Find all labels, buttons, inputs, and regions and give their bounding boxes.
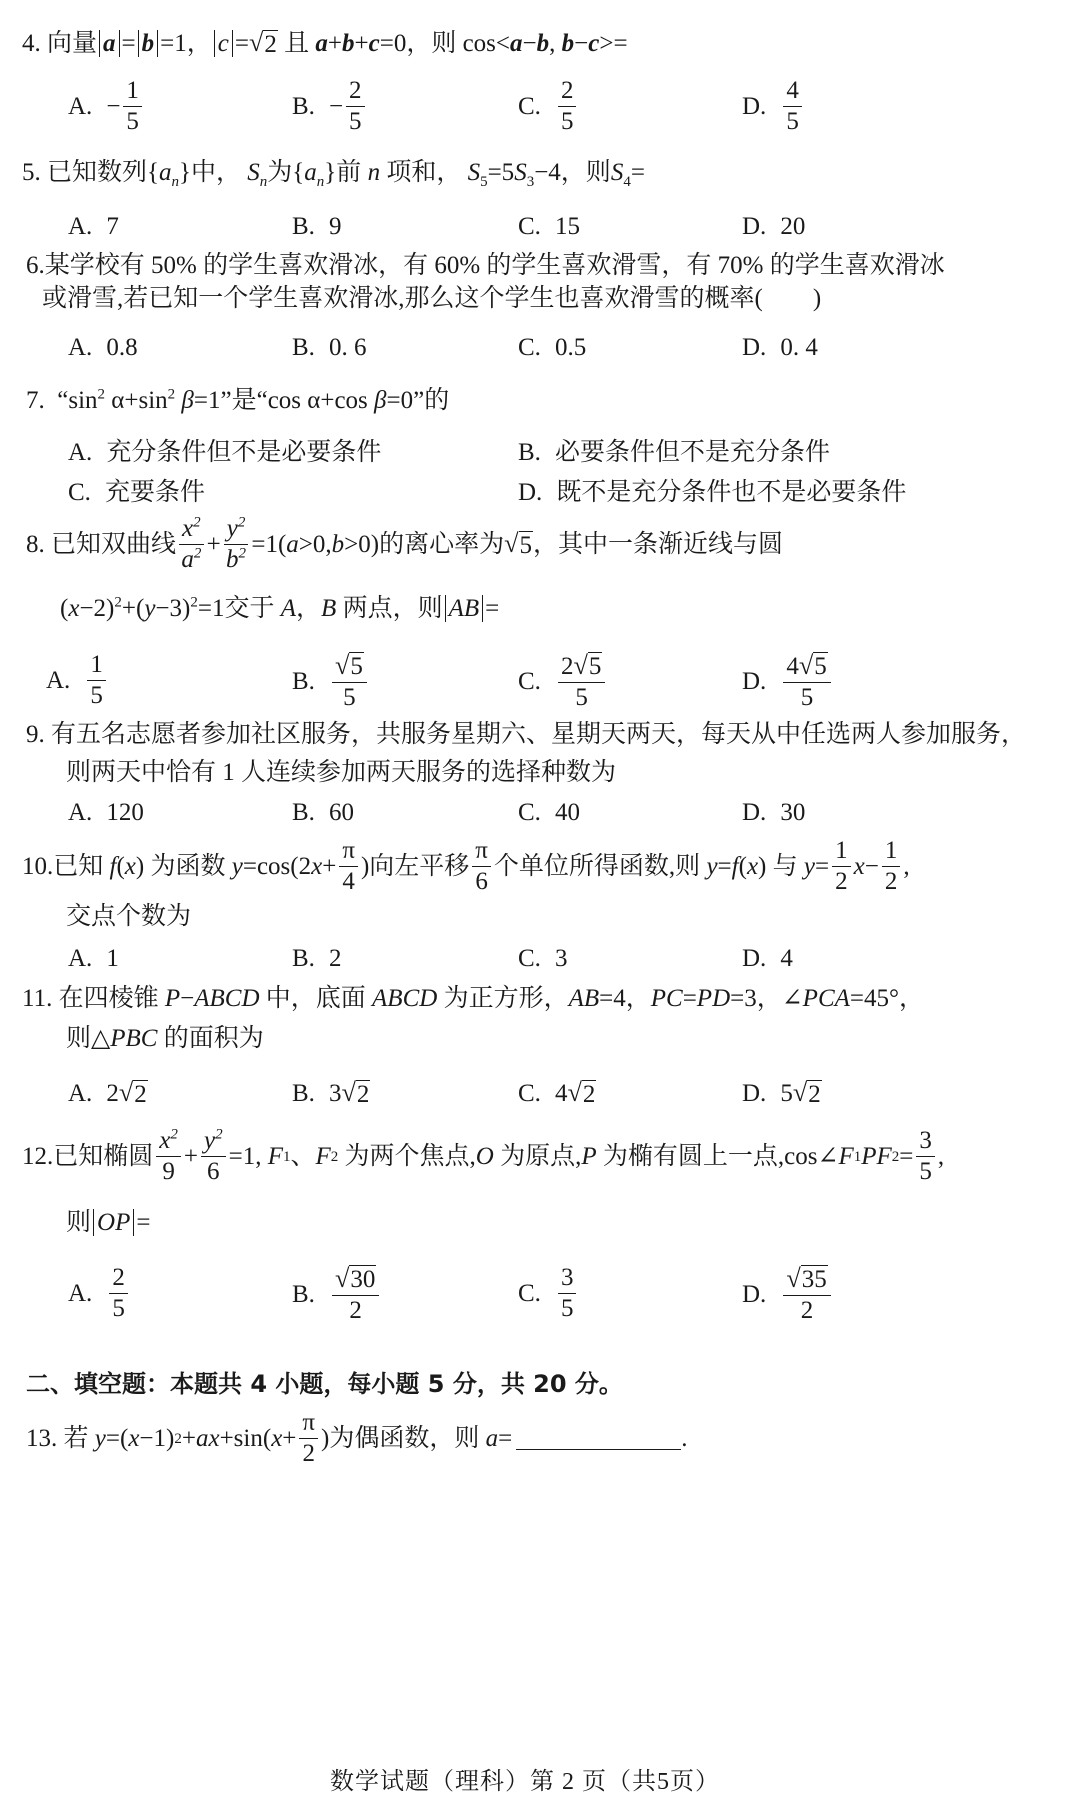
question-5-option-a[interactable]: A.7 [68, 214, 119, 239]
question-9-stem-line1: 9. 有五名志愿者参加社区服务，共服务星期六、星期天两天，每天从中任选两人参加服… [26, 722, 1026, 747]
question-6-option-b[interactable]: B.0. 6 [292, 335, 366, 360]
question-10-stem-line2: 交点个数为 [66, 904, 191, 929]
question-7-option-a[interactable]: A.充分条件但不是必要条件 [68, 440, 381, 465]
question-11-stem-line1: 11. 在四棱锥 P−ABCD 中，底面 ABCD 为正方形，AB=4，PC=P… [22, 986, 924, 1011]
question-8-stem-line2: (x−2)2+(y−3)2=1交于 A，B 两点，则AB= [60, 596, 499, 621]
question-12-stem-line2: 则OP= [66, 1210, 150, 1235]
question-5-option-d[interactable]: D.20 [742, 214, 805, 239]
question-9-option-a[interactable]: A.120 [68, 800, 144, 825]
question-4-option-d[interactable]: D.45 [742, 78, 805, 136]
question-4-option-b[interactable]: B.−25 [292, 78, 368, 136]
question-4-option-c[interactable]: C.25 [518, 78, 579, 136]
question-9-option-c[interactable]: C.40 [518, 800, 580, 825]
question-7-stem: 7. “sin2 α+sin2 β=1”是“cos α+cos β=0”的 [26, 388, 449, 413]
question-8-option-b[interactable]: B.√55 [292, 652, 370, 712]
question-10-option-b[interactable]: B.2 [292, 946, 341, 971]
question-7-option-c[interactable]: C.充要条件 [68, 480, 205, 505]
question-11-option-c[interactable]: C.4√2 [518, 1080, 596, 1107]
question-4-stem: 4. 向量a=b=1，c=√2 且 a+b+c=0，则 cos<a−b, b−c… [22, 30, 628, 57]
question-7-option-d[interactable]: D.既不是充分条件也不是必要条件 [518, 480, 906, 505]
question-12-option-a[interactable]: A.25 [68, 1265, 131, 1323]
question-11-stem-line2: 则△PBC 的面积为 [66, 1026, 264, 1051]
question-10-option-c[interactable]: C.3 [518, 946, 567, 971]
question-11-option-a[interactable]: A.2√2 [68, 1080, 148, 1107]
question-5-stem: 5. 已知数列{an}中， Sn为{an}前 n 项和， S5=5S3−4，则S… [22, 160, 645, 185]
question-9-option-b[interactable]: B.60 [292, 800, 354, 825]
question-12-option-c[interactable]: C.35 [518, 1265, 579, 1323]
page-footer: 数学试题（理科）第 2 页（共5页） [330, 1770, 720, 1794]
question-13-stem: 13. 若 y=(x−1)2+ax+sin(x+π2)为偶函数，则 a=. [26, 1410, 687, 1468]
question-8-option-c[interactable]: C.2√55 [518, 652, 608, 712]
question-8-stem-line1: 8. 已知双曲线 x2a2+y2b2=1(a>0, b>0)的离心率为√5，其中… [26, 516, 783, 574]
question-8-option-d[interactable]: D.4√55 [742, 652, 834, 712]
answer-blank-input[interactable] [516, 1427, 681, 1450]
question-12-option-b[interactable]: B.√302 [292, 1265, 382, 1325]
question-6-option-a[interactable]: A.0.8 [68, 335, 138, 360]
question-9-option-d[interactable]: D.30 [742, 800, 805, 825]
question-4-option-a[interactable]: A.−15 [68, 78, 145, 136]
question-10-option-d[interactable]: D.4 [742, 946, 793, 971]
question-6-stem-line2: 或滑雪,若已知一个学生喜欢滑冰,那么这个学生也喜欢滑雪的概率( ) [42, 286, 821, 311]
section-two-title: 二、填空题：本题共 4 小题，每小题 5 分，共 20 分。 [26, 1372, 623, 1396]
question-12-option-d[interactable]: D.√352 [742, 1265, 834, 1325]
question-10-option-a[interactable]: A.1 [68, 946, 119, 971]
question-7-option-b[interactable]: B.必要条件但不是充分条件 [518, 440, 830, 465]
question-5-option-c[interactable]: C.15 [518, 214, 580, 239]
question-5-option-b[interactable]: B.9 [292, 214, 341, 239]
question-10-stem-line1: 10.已知 f(x) 为函数 y=cos(2x+π4)向左平移π6个单位所得函数… [22, 838, 910, 896]
question-11-option-d[interactable]: D.5√2 [742, 1080, 822, 1107]
question-6-option-c[interactable]: C.0.5 [518, 335, 586, 360]
question-6-stem-line1: 6.某学校有 50% 的学生喜欢滑冰，有 60% 的学生喜欢滑雪，有 70% 的… [26, 253, 945, 278]
question-8-option-a[interactable]: A.15 [46, 652, 109, 710]
question-6-option-d[interactable]: D.0. 4 [742, 335, 818, 360]
question-12-stem-line1: 12.已知椭圆x29+y26=1, F1、F2 为两个焦点,O 为原点,P 为椭… [22, 1128, 944, 1186]
question-11-option-b[interactable]: B.3√2 [292, 1080, 370, 1107]
question-9-stem-line2: 则两天中恰有 1 人连续参加两天服务的选择种数为 [66, 760, 616, 785]
